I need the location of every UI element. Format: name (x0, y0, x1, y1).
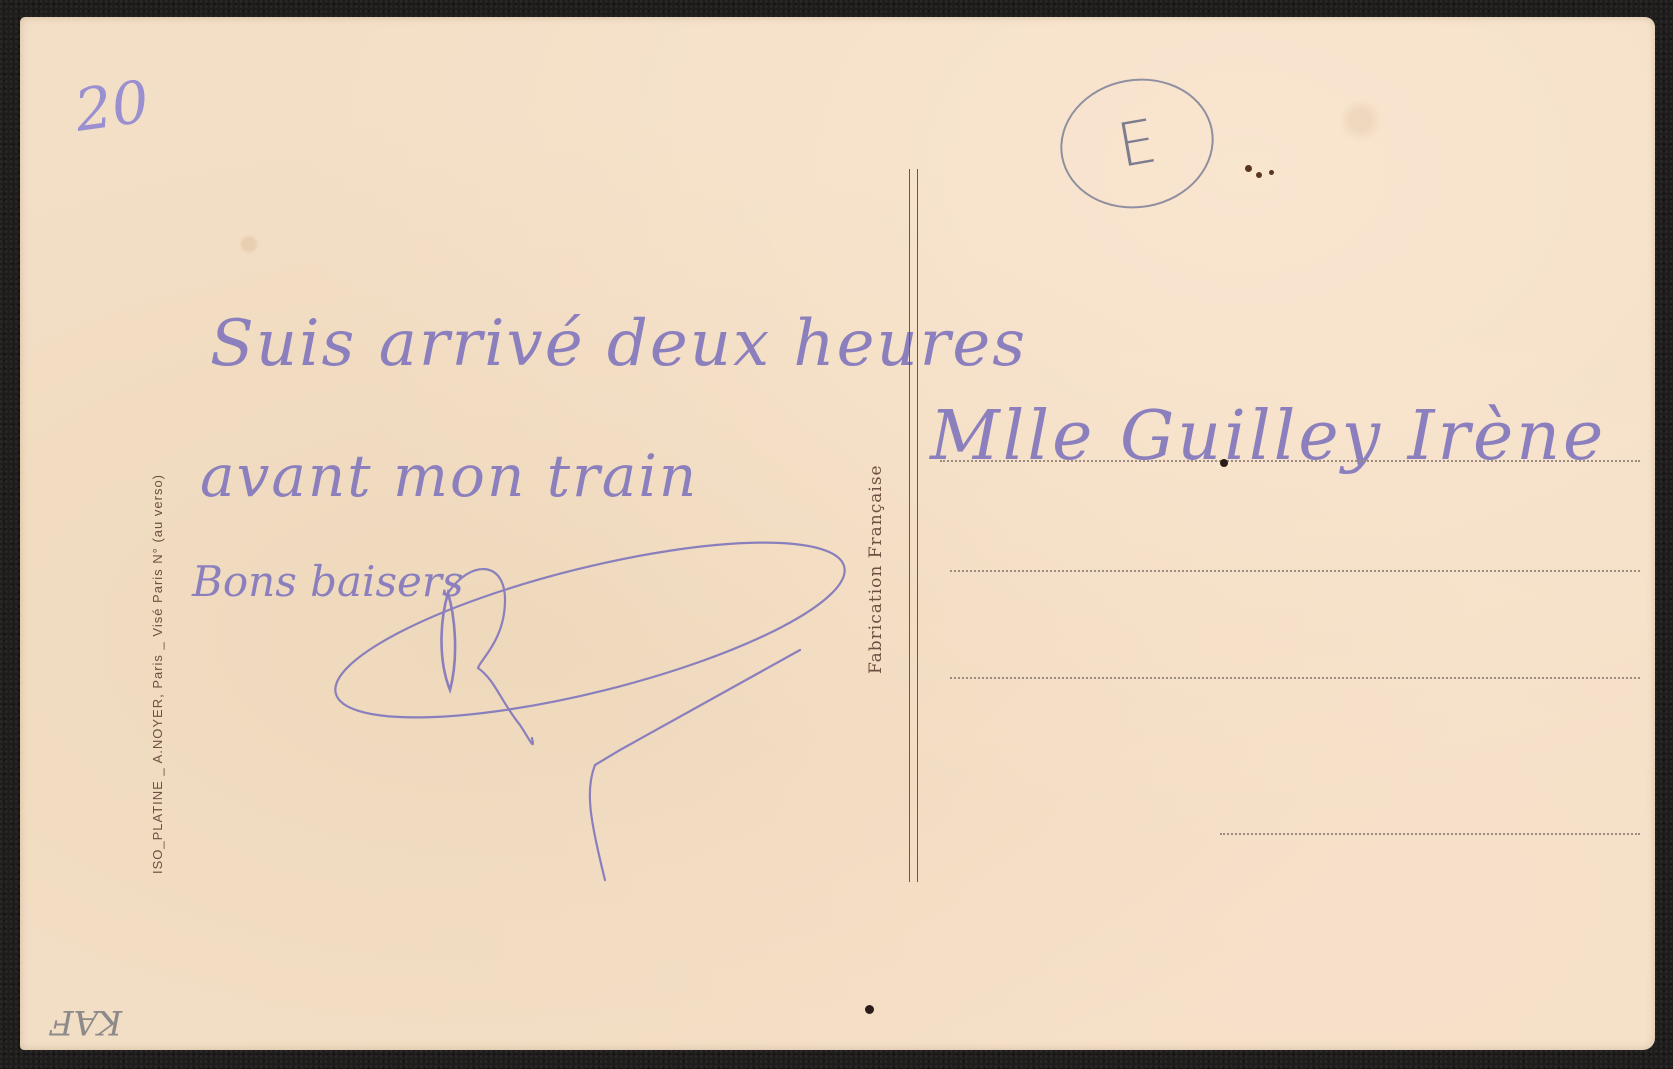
inventory-number: 20 (71, 67, 154, 145)
center-divider (909, 169, 918, 882)
circled-letter-annotation: E (1050, 67, 1224, 221)
message-line-3: Bons baisers (192, 557, 464, 606)
message-line-2: avant mon train (200, 442, 698, 510)
ink-spot (1256, 172, 1262, 178)
postcard-back: 20 ISO_PLATINE _ A.NOYER, Paris _ Visé P… (20, 17, 1655, 1050)
address-line-4 (1220, 833, 1640, 835)
ink-spot (1245, 165, 1252, 172)
circled-letter: E (1112, 106, 1162, 182)
address-line-1 (940, 460, 1640, 462)
ink-spot (1269, 170, 1274, 175)
message-line-1: Suis arrivé deux heures (210, 307, 1027, 381)
ink-spot (1220, 459, 1228, 467)
fabrication-label: Fabrication Française (866, 464, 886, 674)
corner-pencil-note: KAF (50, 1002, 122, 1042)
address-recipient: Mlle Guilley Irène (930, 397, 1606, 476)
publisher-imprint: ISO_PLATINE _ A.NOYER, Paris _ Visé Pari… (150, 474, 165, 874)
ink-spot (865, 1005, 874, 1014)
address-line-3 (950, 677, 1640, 679)
address-line-2 (950, 570, 1640, 572)
